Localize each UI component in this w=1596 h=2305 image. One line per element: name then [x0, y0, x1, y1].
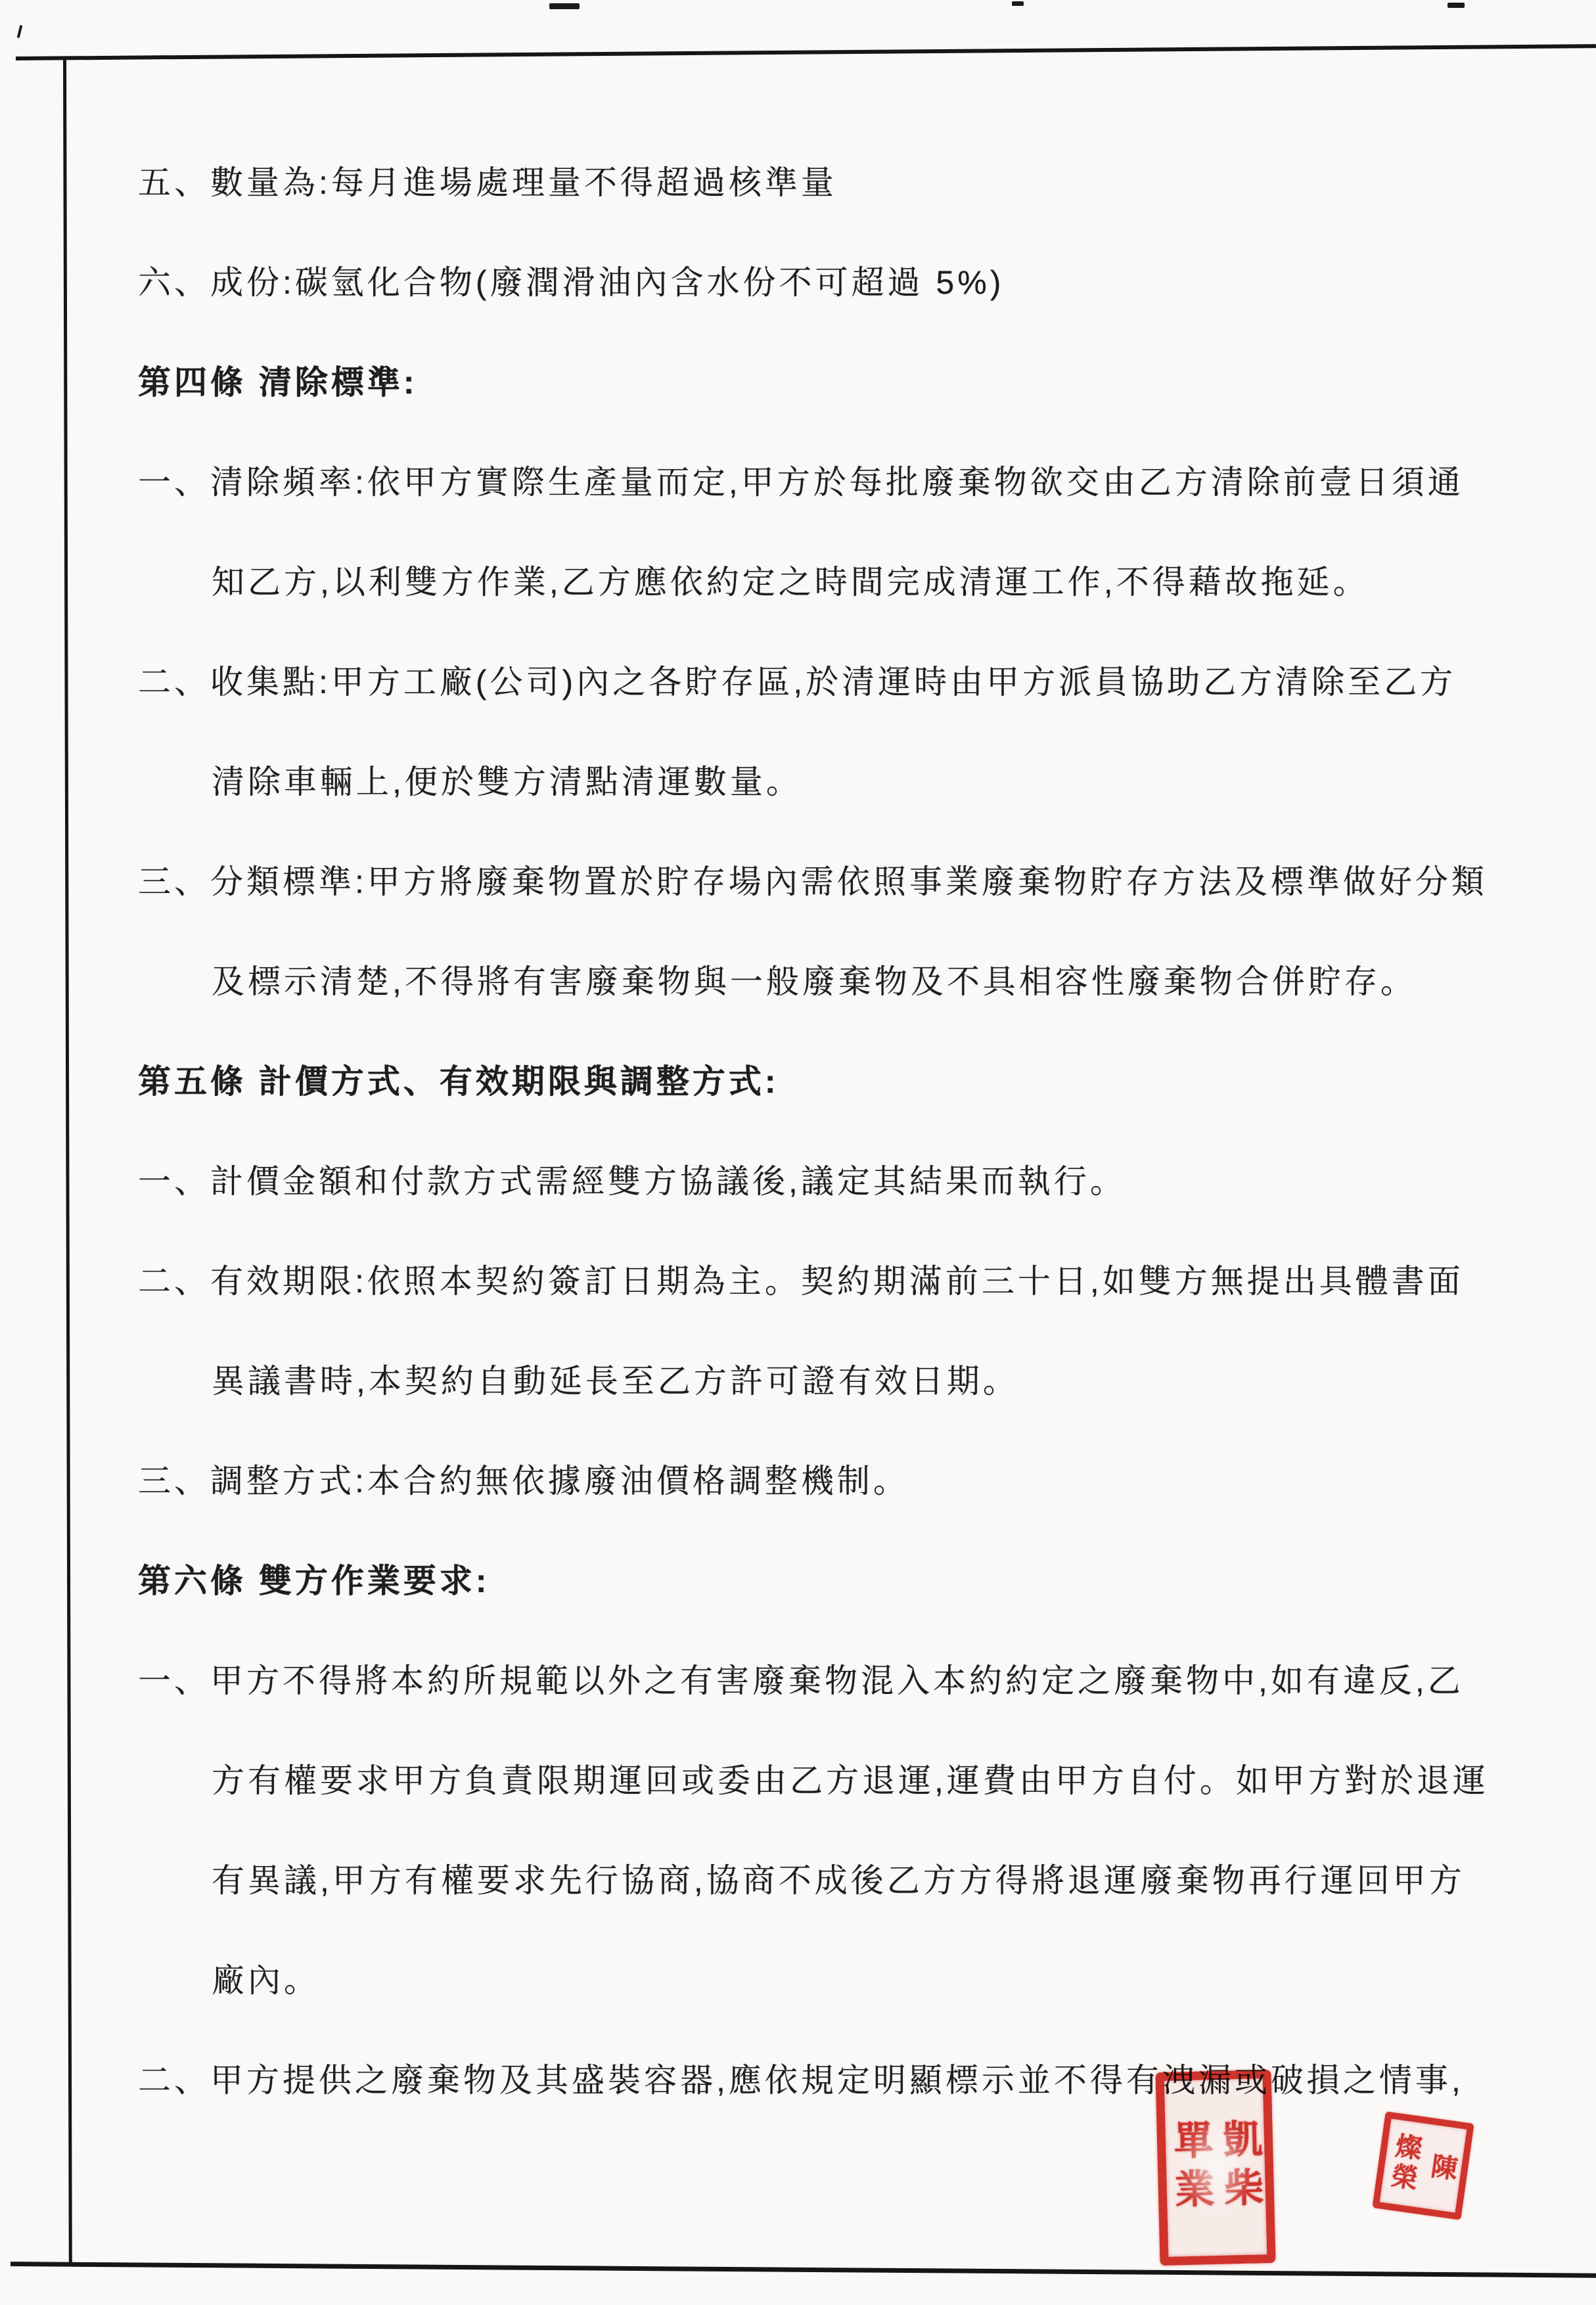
- section-header-article-5: 第五條 計價方式、有效期限與調整方式:: [138, 1055, 779, 1103]
- scan-speck: [549, 3, 580, 9]
- scan-speck: [1012, 1, 1024, 6]
- contract-line: 三、調整方式:本合約無依據廢油價格調整機制。: [138, 1455, 909, 1502]
- scan-border-left: [63, 59, 72, 2264]
- contract-line: 廠內。: [212, 1954, 320, 2001]
- contract-line: 有異議,甲方有權要求先行協商,協商不成後乙方方得將退運廢棄物再行運回甲方: [212, 1854, 1465, 1902]
- company-seal-stamp: 單業 凱柴: [1155, 2070, 1275, 2266]
- company-seal-left-column: 單業: [1170, 2119, 1212, 2217]
- contract-line: 一、甲方不得將本約所規範以外之有害廢棄物混入本約約定之廢棄物中,如有違反,乙: [138, 1655, 1464, 1702]
- scan-speck: [1448, 3, 1465, 8]
- contract-line: 二、收集點:甲方工廠(公司)內之各貯存區,於清運時由甲方派員協助乙方清除至乙方: [138, 656, 1456, 703]
- section-header-article-4: 第四條 清除標準:: [138, 356, 418, 403]
- contract-line: 一、計價金額和付款方式需經雙方協議後,議定其結果而執行。: [138, 1155, 1126, 1202]
- section-header-article-6: 第六條 雙方作業要求:: [138, 1555, 490, 1602]
- scanned-contract-page: 五、數量為:每月進場處理量不得超過核準量 六、成份:碳氫化合物(廢潤滑油內含水份…: [0, 0, 1596, 2305]
- contract-line: 異議書時,本契約自動延長至乙方許可證有效日期。: [212, 1355, 1019, 1402]
- scan-border-top: [16, 44, 1596, 60]
- scan-border-bottom: [11, 2262, 1596, 2278]
- contract-line: 清除車輛上,便於雙方清點清運數量。: [212, 756, 802, 803]
- contract-line: 及標示清楚,不得將有害廢棄物與一般廢棄物及不具相容性廢棄物合併貯存。: [212, 955, 1417, 1003]
- contract-line: 三、分類標準:甲方將廢棄物置於貯存場內需依照事業廢棄物貯存方法及標準做好分類: [138, 856, 1488, 903]
- personal-seal-right-column: 陳: [1427, 2151, 1457, 2185]
- contract-line: 五、數量為:每月進場處理量不得超過核準量: [138, 156, 837, 204]
- contract-line: 一、清除頻率:依甲方實際生產量而定,甲方於每批廢棄物欲交由乙方清除前壹日須通: [138, 456, 1464, 503]
- contract-line: 六、成份:碳氫化合物(廢潤滑油內含水份不可超過 5%): [138, 256, 1004, 304]
- personal-seal-stamp: 燦榮 陳: [1372, 2111, 1474, 2220]
- contract-line: 知乙方,以利雙方作業,乙方應依約定之時間完成清運工作,不得藉故拖延。: [212, 556, 1369, 603]
- contract-line: 二、有效期限:依照本契約簽訂日期為主。契約期滿前三十日,如雙方無提出具體書面: [138, 1255, 1464, 1302]
- personal-seal-left-column: 燦榮: [1387, 2132, 1421, 2195]
- company-seal-right-column: 凱柴: [1220, 2118, 1262, 2216]
- scan-speck: [17, 25, 23, 38]
- contract-line: 方有權要求甲方負責限期運回或委由乙方退運,運費由甲方自付。如甲方對於退運: [212, 1754, 1489, 1802]
